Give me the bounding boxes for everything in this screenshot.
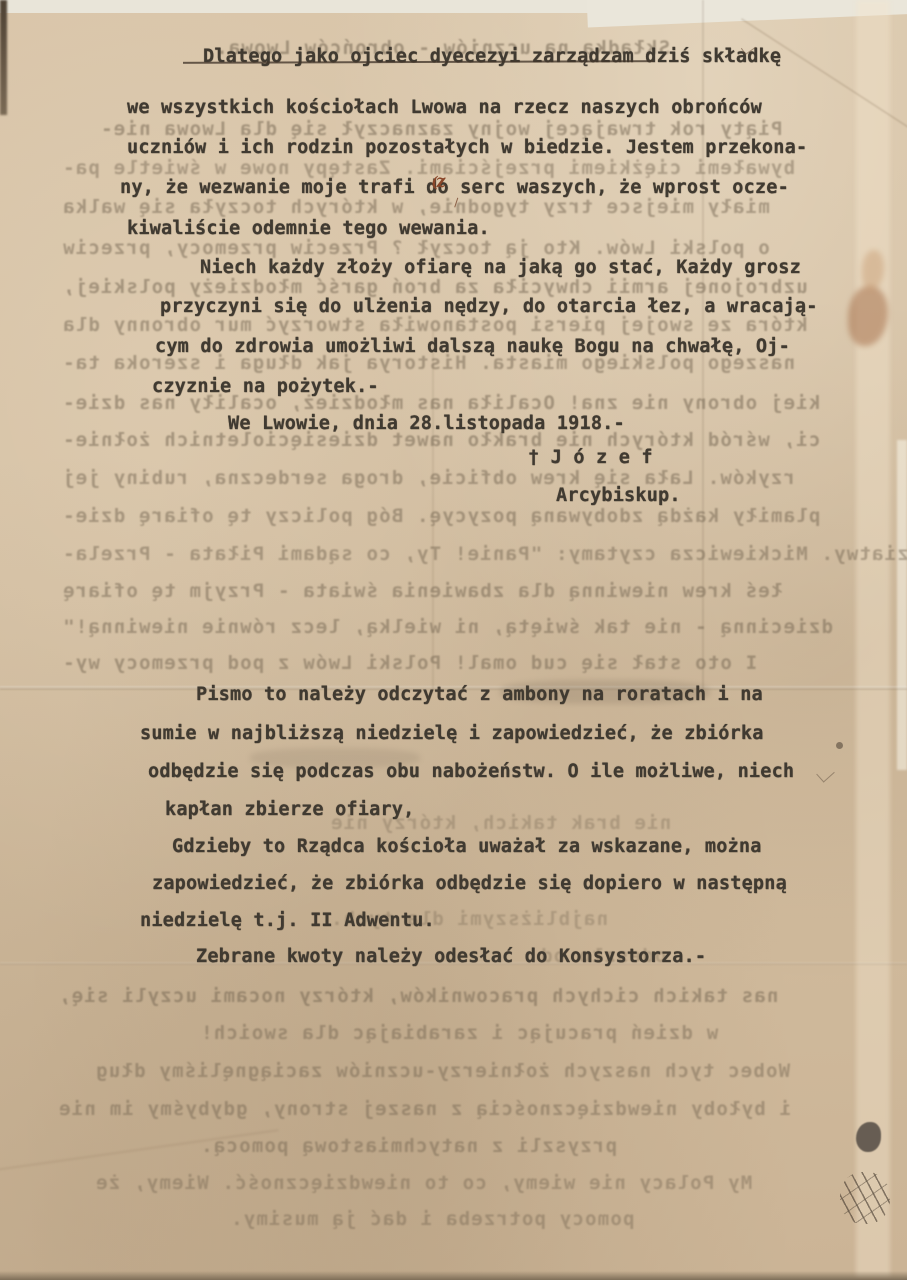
ghost-line: pomocy potrzeba i dać ją musimy.	[230, 1208, 634, 1230]
line-we-wszystkich: we wszystkich kościołach Lwowa na rzecz …	[127, 97, 762, 118]
ghost-line: rzyków. Lała się krew obficie, droga ser…	[62, 467, 795, 489]
ghost-line: łeś krew niewinną dla zbawienia świata -…	[62, 580, 782, 602]
line-dlatego: Dlatego jako ojciec dyecezyi zarządzam d…	[203, 46, 781, 67]
ghost-line: przyszli z natychmiastową pomocą.	[200, 1135, 617, 1157]
scan-bottom-edge	[0, 1271, 907, 1280]
paper-right-edge-highlight	[897, 440, 907, 770]
ghost-line: dziecinną - nie tak świętą, ni wielką, l…	[62, 616, 833, 638]
ghost-line: My Polacy nie wiemy, co to niewdzięcznoś…	[95, 1172, 752, 1194]
document-photo: Składka na uczniów - obrońców Lwowa.Piąt…	[0, 0, 907, 1280]
line-sumie: sumie w najbliższą niedzielę i zapowiedz…	[140, 723, 764, 744]
ghost-line: w dzień pracując i zarabiając dla swoich…	[200, 1022, 718, 1044]
line-przyczyni: przyczyni się do ulżenia nędzy, do otarc…	[160, 296, 818, 317]
scribble-mark	[840, 1172, 890, 1224]
ghost-line: i byłoby niewdzięcznością z naszej stron…	[58, 1098, 791, 1120]
line-uczniow: uczniów i ich rodzin pozostałych w biedz…	[127, 137, 807, 158]
line-niech-kazdy: Niech każdy złoży ofiarę na jaką go stać…	[200, 257, 801, 278]
blot-mark	[856, 1122, 881, 1152]
line-odbedzie: odbędzie się podczas obu nabożeństw. O i…	[148, 761, 794, 782]
signature-name: † J ó z e f	[528, 447, 653, 468]
ghost-line: Wobec tych naszych żołnierzy-uczniów zac…	[95, 1060, 790, 1082]
pencil-insert-z: z	[430, 171, 447, 192]
line-czyznie: czyznie na pożytek.-	[152, 376, 379, 397]
line-kiwaliscie: kiwaliście odemnie tego wewania.	[127, 218, 490, 239]
dot-mark	[836, 742, 843, 749]
insert-char: z	[435, 171, 447, 192]
ghost-line: dziatwy. Mickiewicza czytamy: "Panie! Ty…	[62, 543, 907, 565]
ghost-line: nas takich cichych pracowników, którzy n…	[58, 985, 778, 1007]
line-pismo: Pismo to należy odczytać z ambony na ror…	[196, 684, 763, 705]
ghost-line: o polski Lwów. Kto ją toczył ? Przeciw p…	[62, 237, 770, 259]
line-zapowiedziec: zapowiedzieć, że zbiórka odbędzie się do…	[152, 873, 787, 894]
paper-right-fold-band	[856, 0, 890, 1280]
ghost-line: miały miejsce trzy tygodnie, w których t…	[62, 196, 770, 218]
ghost-line: uzbrojonej armii chwyciła za broń garść …	[62, 276, 808, 298]
line-zebrane: Zebrane kwoty należy odesłać do Konsysto…	[196, 946, 706, 967]
line-gdzieby: Gdzieby to Rządca kościoła uważał za wsk…	[172, 836, 762, 857]
signature-title: Arcybiskup.	[556, 485, 681, 506]
ghost-line: która ze swojej piersi postanowiła stwor…	[62, 314, 808, 336]
line-niedziele: niedzielę t.j. II Adwentu.	[140, 910, 435, 931]
ghost-line: I oto stał się cud omal! Polski Lwów z p…	[62, 652, 757, 674]
line-ny-ze: ny, że wezwanie moje trafi do serc waszy…	[120, 177, 789, 198]
scan-left-edge	[0, 0, 7, 115]
date-line: We Lwowie, dnia 28.listopada 1918.-	[228, 413, 625, 434]
ghost-line: plamiły każdą zdobywaną pozycyę. Bóg pol…	[62, 505, 820, 527]
line-cym-do-zdrowia: cym do zdrowia umożliwi dalszą naukę Bog…	[155, 336, 790, 357]
line-kaplan: kapłan zbierze ofiary,	[165, 799, 414, 820]
ghost-line: bywałemi ciężkiemi przejściami. Zastępy …	[62, 157, 795, 179]
